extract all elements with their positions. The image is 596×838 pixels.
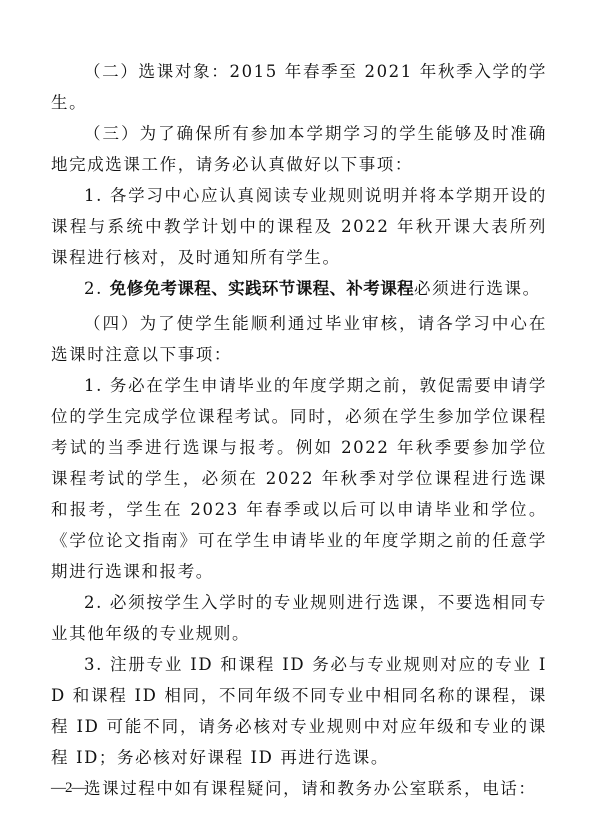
paragraph-section-4: （四）为了使学生能顺利通过毕业审核，请各学习中心在选课时注意以下事项：	[51, 308, 547, 370]
paragraph-section-3-item-1: 1. 各学习中心应认真阅读专业规则说明并将本学期开设的课程与系统中教学计划中的课…	[51, 180, 547, 273]
paragraph-contact: 选课过程中如有课程疑问，请和教务办公室联系，电话：	[51, 773, 547, 804]
paragraph-section-4-item-1: 1. 务必在学生申请毕业的年度学期之前，敦促需要申请学位的学生完成学位课程考试。…	[51, 370, 547, 587]
item-suffix: 必须进行选课。	[414, 279, 541, 298]
page-number: —2—	[51, 780, 86, 797]
paragraph-section-3: （三）为了确保所有参加本学期学习的学生能够及时准确地完成选课工作，请务必认真做好…	[51, 118, 547, 180]
paragraph-section-2: （二）选课对象：2015 年春季至 2021 年秋季入学的学生。	[51, 56, 547, 118]
bold-course-types: 免修免考课程、实践环节课程、补考课程	[110, 279, 414, 298]
paragraph-section-4-item-2: 2. 必须按学生入学时的专业规则进行选课，不要选相同专业其他年级的专业规则。	[51, 587, 547, 649]
paragraph-section-4-item-3: 3. 注册专业 ID 和课程 ID 务必与专业规则对应的专业 ID 和课程 ID…	[51, 649, 547, 773]
paragraph-section-3-item-2: 2. 免修免考课程、实践环节课程、补考课程必须进行选课。	[51, 273, 547, 304]
item-number: 2.	[84, 279, 110, 298]
document-page: （二）选课对象：2015 年春季至 2021 年秋季入学的学生。 （三）为了确保…	[51, 56, 547, 804]
